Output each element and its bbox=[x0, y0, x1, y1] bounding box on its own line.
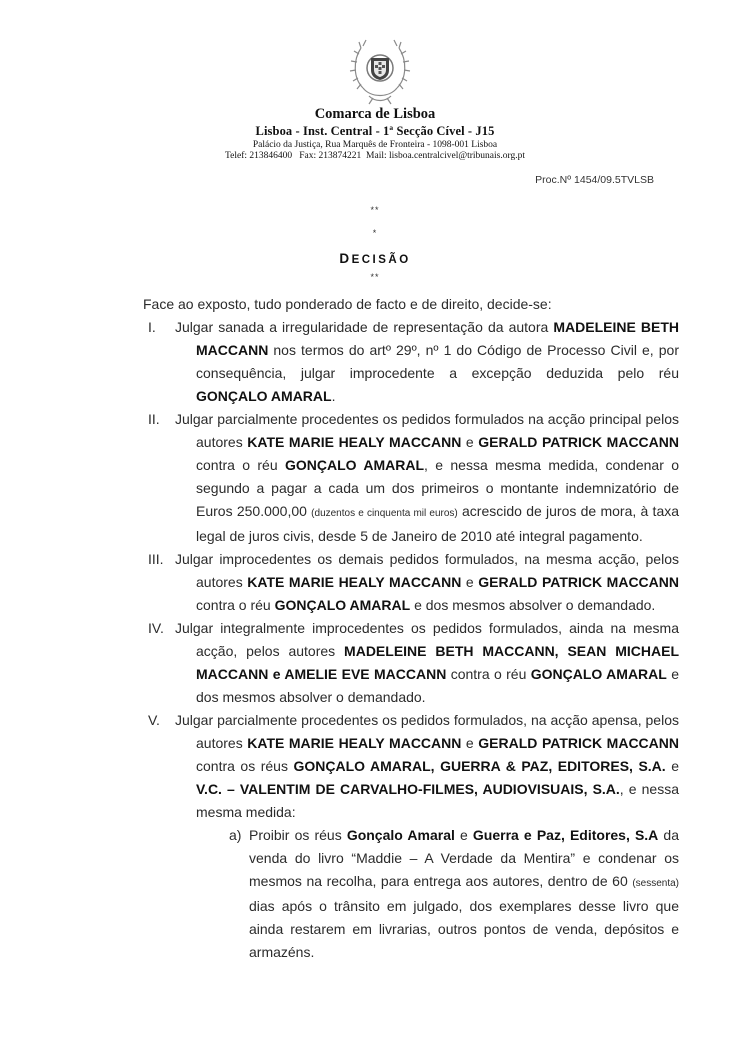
party-name: GERALD PATRICK MACCANN bbox=[478, 735, 679, 751]
item-text: Julgar sanada a irregularidade de repres… bbox=[196, 316, 679, 408]
text-segment: nos termos do artº 29º, nº 1 do Código d… bbox=[196, 342, 679, 381]
party-name: KATE MARIE HEALY MACCANN bbox=[247, 574, 461, 590]
decision-item: III.Julgar improcedentes os demais pedid… bbox=[143, 548, 679, 617]
subitem-label: a) bbox=[229, 824, 241, 847]
party-name: V.C. – VALENTIM DE CARVALHO-FILMES, AUDI… bbox=[196, 781, 620, 797]
text-segment: dias após o trânsito em julgado, dos exe… bbox=[249, 898, 679, 960]
text-segment: . bbox=[332, 388, 336, 404]
document-page: Comarca de Lisboa Lisboa - Inst. Central… bbox=[0, 0, 750, 1060]
text-segment: e dos mesmos absolver o demandado. bbox=[410, 597, 655, 613]
decision-item: I.Julgar sanada a irregularidade de repr… bbox=[143, 316, 679, 408]
item-text: Julgar parcialmente procedentes os pedid… bbox=[196, 408, 679, 548]
party-name: KATE MARIE HEALY MACCANN bbox=[247, 735, 461, 751]
party-name: Guerra e Paz, Editores, S.A bbox=[473, 827, 658, 843]
item-numeral: IV. bbox=[148, 617, 164, 640]
item-text: Julgar parcialmente procedentes os pedid… bbox=[196, 709, 679, 824]
party-name: GERALD PATRICK MACCANN bbox=[478, 574, 679, 590]
court-address: Palácio da Justiça, Rua Marquês de Front… bbox=[0, 140, 750, 150]
court-contacts: Telef: 213846400 Fax: 213874221 Mail: li… bbox=[0, 151, 750, 161]
court-section: Lisboa - Inst. Central - 1ª Secção Cível… bbox=[0, 124, 750, 139]
text-segment: e bbox=[461, 735, 478, 751]
text-segment: e bbox=[461, 574, 478, 590]
party-name: GONÇALO AMARAL bbox=[275, 597, 411, 613]
text-segment: contra o réu bbox=[196, 597, 275, 613]
item-numeral: II. bbox=[148, 408, 160, 431]
decision-title: DECISÃO bbox=[0, 251, 750, 266]
party-name: GONÇALO AMARAL bbox=[285, 457, 424, 473]
text-segment: Julgar sanada a irregularidade de repres… bbox=[175, 319, 553, 335]
text-segment: (duzentos e cinquenta mil euros) bbox=[311, 508, 458, 519]
text-segment: (sessenta) bbox=[632, 878, 679, 889]
item-numeral: V. bbox=[148, 709, 160, 732]
process-number: Proc.Nº 1454/09.5TVLSB bbox=[535, 174, 654, 186]
intro-paragraph: Face ao exposto, tudo ponderado de facto… bbox=[143, 293, 679, 316]
party-name: GERALD PATRICK MACCANN bbox=[478, 434, 679, 450]
party-name: GONÇALO AMARAL, GUERRA & PAZ, EDITORES, … bbox=[293, 758, 665, 774]
coat-of-arms-icon bbox=[349, 38, 411, 106]
decision-items: I.Julgar sanada a irregularidade de repr… bbox=[143, 316, 679, 964]
text-segment: e bbox=[461, 434, 478, 450]
separator-double-2: ** bbox=[0, 272, 750, 282]
party-name: GONÇALO AMARAL bbox=[196, 388, 332, 404]
text-segment: e bbox=[666, 758, 679, 774]
separator-single: * bbox=[0, 228, 750, 238]
text-segment: contra o réu bbox=[196, 457, 285, 473]
text-segment: e bbox=[455, 827, 473, 843]
separator-double: ** bbox=[0, 205, 750, 215]
text-segment: contra os réus bbox=[196, 758, 293, 774]
subitem-text: Proibir os réus Gonçalo Amaral e Guerra … bbox=[249, 824, 679, 964]
item-numeral: III. bbox=[148, 548, 164, 571]
decision-item: V.Julgar parcialmente procedentes os ped… bbox=[143, 709, 679, 964]
party-name: Gonçalo Amaral bbox=[347, 827, 455, 843]
item-text: Julgar improcedentes os demais pedidos f… bbox=[196, 548, 679, 617]
item-text: Julgar integralmente improcedentes os pe… bbox=[196, 617, 679, 709]
party-name: KATE MARIE HEALY MACCANN bbox=[247, 434, 461, 450]
text-segment: contra o réu bbox=[446, 666, 530, 682]
decision-body: Face ao exposto, tudo ponderado de facto… bbox=[143, 293, 679, 964]
decision-item: II.Julgar parcialmente procedentes os pe… bbox=[143, 408, 679, 548]
decision-subitem: a)Proibir os réus Gonçalo Amaral e Guerr… bbox=[196, 824, 679, 964]
item-numeral: I. bbox=[148, 316, 156, 339]
decision-item: IV.Julgar integralmente improcedentes os… bbox=[143, 617, 679, 709]
party-name: GONÇALO AMARAL bbox=[531, 666, 667, 682]
court-name: Comarca de Lisboa bbox=[0, 106, 750, 123]
text-segment: Proibir os réus bbox=[249, 827, 347, 843]
